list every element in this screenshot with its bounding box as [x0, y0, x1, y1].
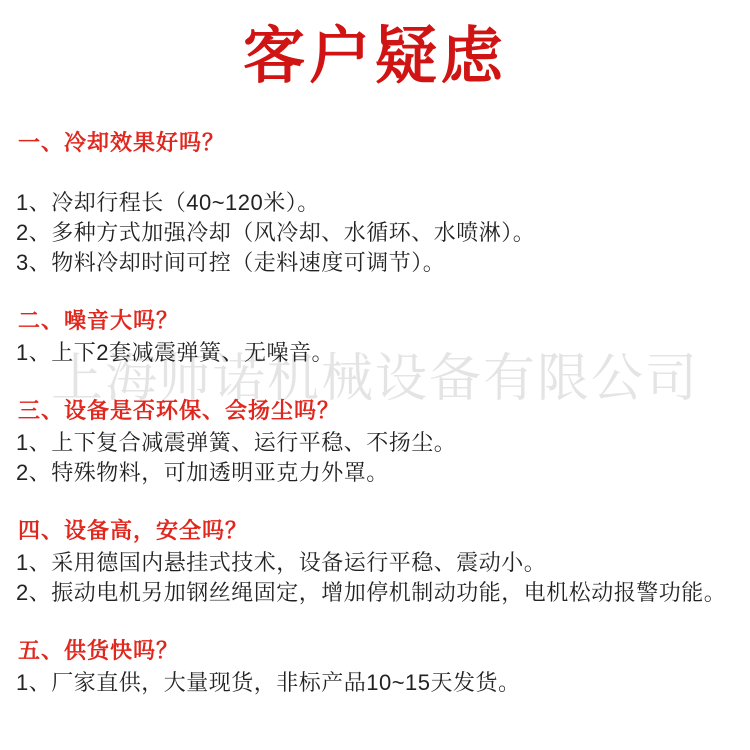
section-heading: 一、冷却效果好吗？	[18, 130, 734, 156]
section-heading: 三、设备是否环保、会扬尘吗？	[18, 398, 734, 424]
faq-section-safety: 四、设备高，安全吗？ 1、采用德国内悬挂式技术，设备运行平稳、震动小。 2、振动…	[16, 518, 734, 608]
section-item: 2、多种方式加强冷却（风冷却、水循环、水喷淋）。	[16, 218, 734, 248]
section-heading: 四、设备高，安全吗？	[18, 518, 734, 544]
section-item: 2、振动电机另加钢丝绳固定，增加停机制动功能，电机松动报警功能。	[16, 578, 734, 608]
section-heading: 五、供货快吗？	[18, 638, 734, 664]
section-item: 1、采用德国内悬挂式技术，设备运行平稳、震动小。	[16, 548, 734, 578]
faq-content: 一、冷却效果好吗？ 1、冷却行程长（40~120米）。 2、多种方式加强冷却（风…	[0, 130, 750, 698]
section-item: 1、上下复合减震弹簧、运行平稳、不扬尘。	[16, 428, 734, 458]
section-item: 2、特殊物料，可加透明亚克力外罩。	[16, 458, 734, 488]
section-item: 3、物料冷却时间可控（走料速度可调节）。	[16, 248, 734, 278]
page-title: 客户疑虑	[0, 0, 750, 90]
page: 上海师诺机械设备有限公司 客户疑虑 一、冷却效果好吗？ 1、冷却行程长（40~1…	[0, 0, 750, 750]
section-item: 1、厂家直供，大量现货，非标产品10~15天发货。	[16, 668, 734, 698]
section-item: 1、冷却行程长（40~120米）。	[16, 188, 734, 218]
faq-section-delivery: 五、供货快吗？ 1、厂家直供，大量现货，非标产品10~15天发货。	[16, 638, 734, 698]
faq-section-noise: 二、噪音大吗？ 1、上下2套减震弹簧、无噪音。	[16, 308, 734, 368]
section-item: 1、上下2套减震弹簧、无噪音。	[16, 338, 734, 368]
faq-section-cooling: 一、冷却效果好吗？ 1、冷却行程长（40~120米）。 2、多种方式加强冷却（风…	[16, 130, 734, 278]
faq-section-dust: 三、设备是否环保、会扬尘吗？ 1、上下复合减震弹簧、运行平稳、不扬尘。 2、特殊…	[16, 398, 734, 488]
section-heading: 二、噪音大吗？	[18, 308, 734, 334]
